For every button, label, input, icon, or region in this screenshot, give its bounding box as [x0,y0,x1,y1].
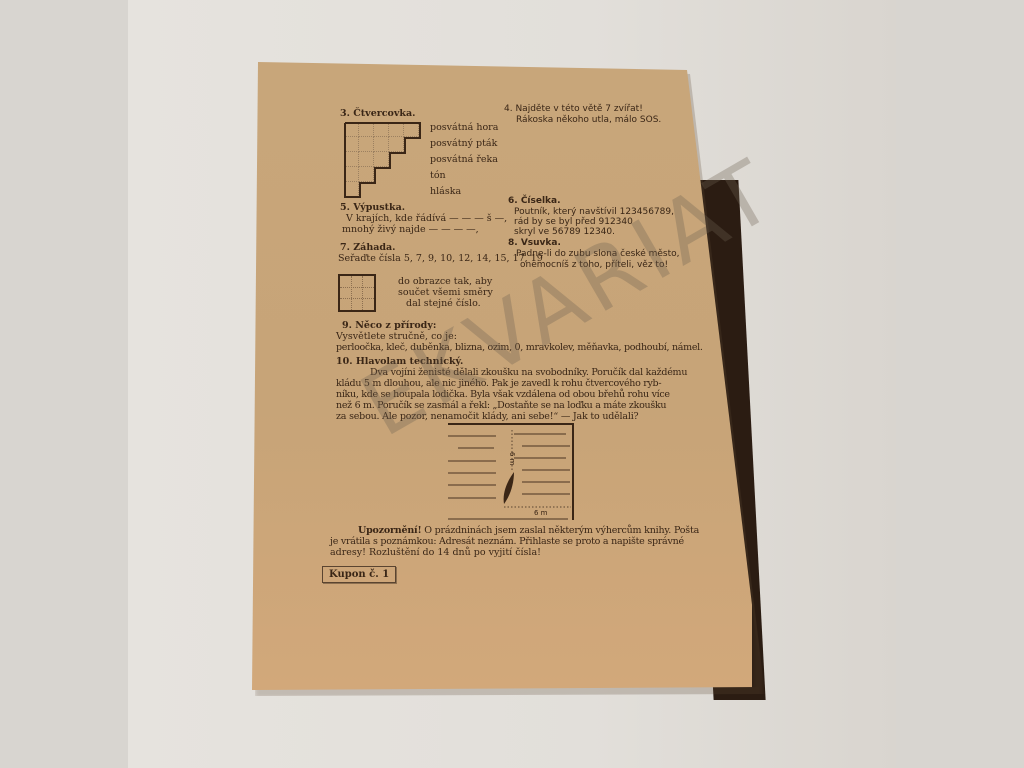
puzzle-8-line-1: Padne-li do zubu slona české město, [516,249,680,260]
puzzle-10-line-5: za sebou. Ale pozor, nenamočit klády, an… [336,411,638,422]
puzzle-3-title: 3. Čtvercovka. [340,108,415,119]
puzzle-7-line-3: součet všemi směry [398,287,493,298]
puzzle-7-line-4: dal stejné číslo. [406,298,481,309]
clue-1: posvátná hora [430,122,498,133]
svg-text:6 m: 6 m [534,509,548,517]
puzzle-6-line-3: skryl ve 56789 12340. [514,227,615,238]
puzzle-5-line-1: V krajích, kde řádívá — — — š —, [346,213,507,224]
coupon-box: Kupon č. 1 [322,566,396,583]
puzzle-10-line-2: kládu 5 m dlouhou, ale nic jiného. Pak j… [336,378,661,389]
clue-2: posvátný pták [430,138,497,149]
puzzle-10-line-1: Dva vojíni ženisté dělali zkoušku na svo… [370,367,687,378]
clue-4: tón [430,170,446,181]
clue-3: posvátná řeka [430,154,498,165]
puzzle-9-line-2: perloočka, kleč, duběnka, blizna, ozim, … [336,342,703,353]
puzzle-5-line-2: mnohý živý najde — — — —, [342,224,479,235]
magic-square-grid [338,274,376,312]
puzzle-9-line-1: Vysvětlete stručně, co je: [336,331,457,342]
notice-line-1: Upozornění! O prázdninách jsem zaslal ně… [358,525,699,536]
puzzle-7-line-1: Seřaďte čísla 5, 7, 9, 10, 12, 14, 15, 1… [338,253,543,264]
puzzle-4-title: 4. Najděte v této větě 7 zvířat! [504,104,643,115]
puzzle-5-title: 5. Výpustka. [340,202,405,213]
puzzle-9-title: 9. Něco z přírody: [342,320,436,331]
puzzle-7-line-2: do obrazce tak, aby [398,276,492,287]
pond-diagram: 6 m 6 m [438,422,588,522]
svg-text:6 m: 6 m [508,452,516,466]
staircase-outline [344,122,426,198]
puzzle-10-title: 10. Hlavolam technický. [336,356,463,367]
notice-line-3: adresy! Rozluštění do 14 dnů po vyjití č… [330,547,541,558]
puzzle-10-line-3: níku, kde se houpala lodička. Byla však … [336,389,670,400]
magazine-page: 3. Čtvercovka. posvátná hora posvátný pt… [252,62,752,694]
puzzle-7-title: 7. Záhada. [340,242,395,253]
puzzle-6-title: 6. Číselka. [508,196,561,207]
puzzle-8-title: 8. Vsuvka. [508,238,561,249]
puzzle-4-text: Rákoska někoho utla, málo SOS. [516,115,661,126]
puzzle-10-line-4: než 6 m. Poručík se zasmál a řekl: „Dost… [336,400,666,411]
notice-lead: Upozornění! [358,525,421,536]
notice-line-1-text: O prázdninách jsem zaslal některým výher… [424,525,699,536]
clue-5: hláska [430,186,461,197]
puzzle-8-line-2: onemocníš z toho, příteli, věz to! [520,260,668,271]
notice-line-2: je vrátila s poznámkou: Adresát neznám. … [330,536,684,547]
